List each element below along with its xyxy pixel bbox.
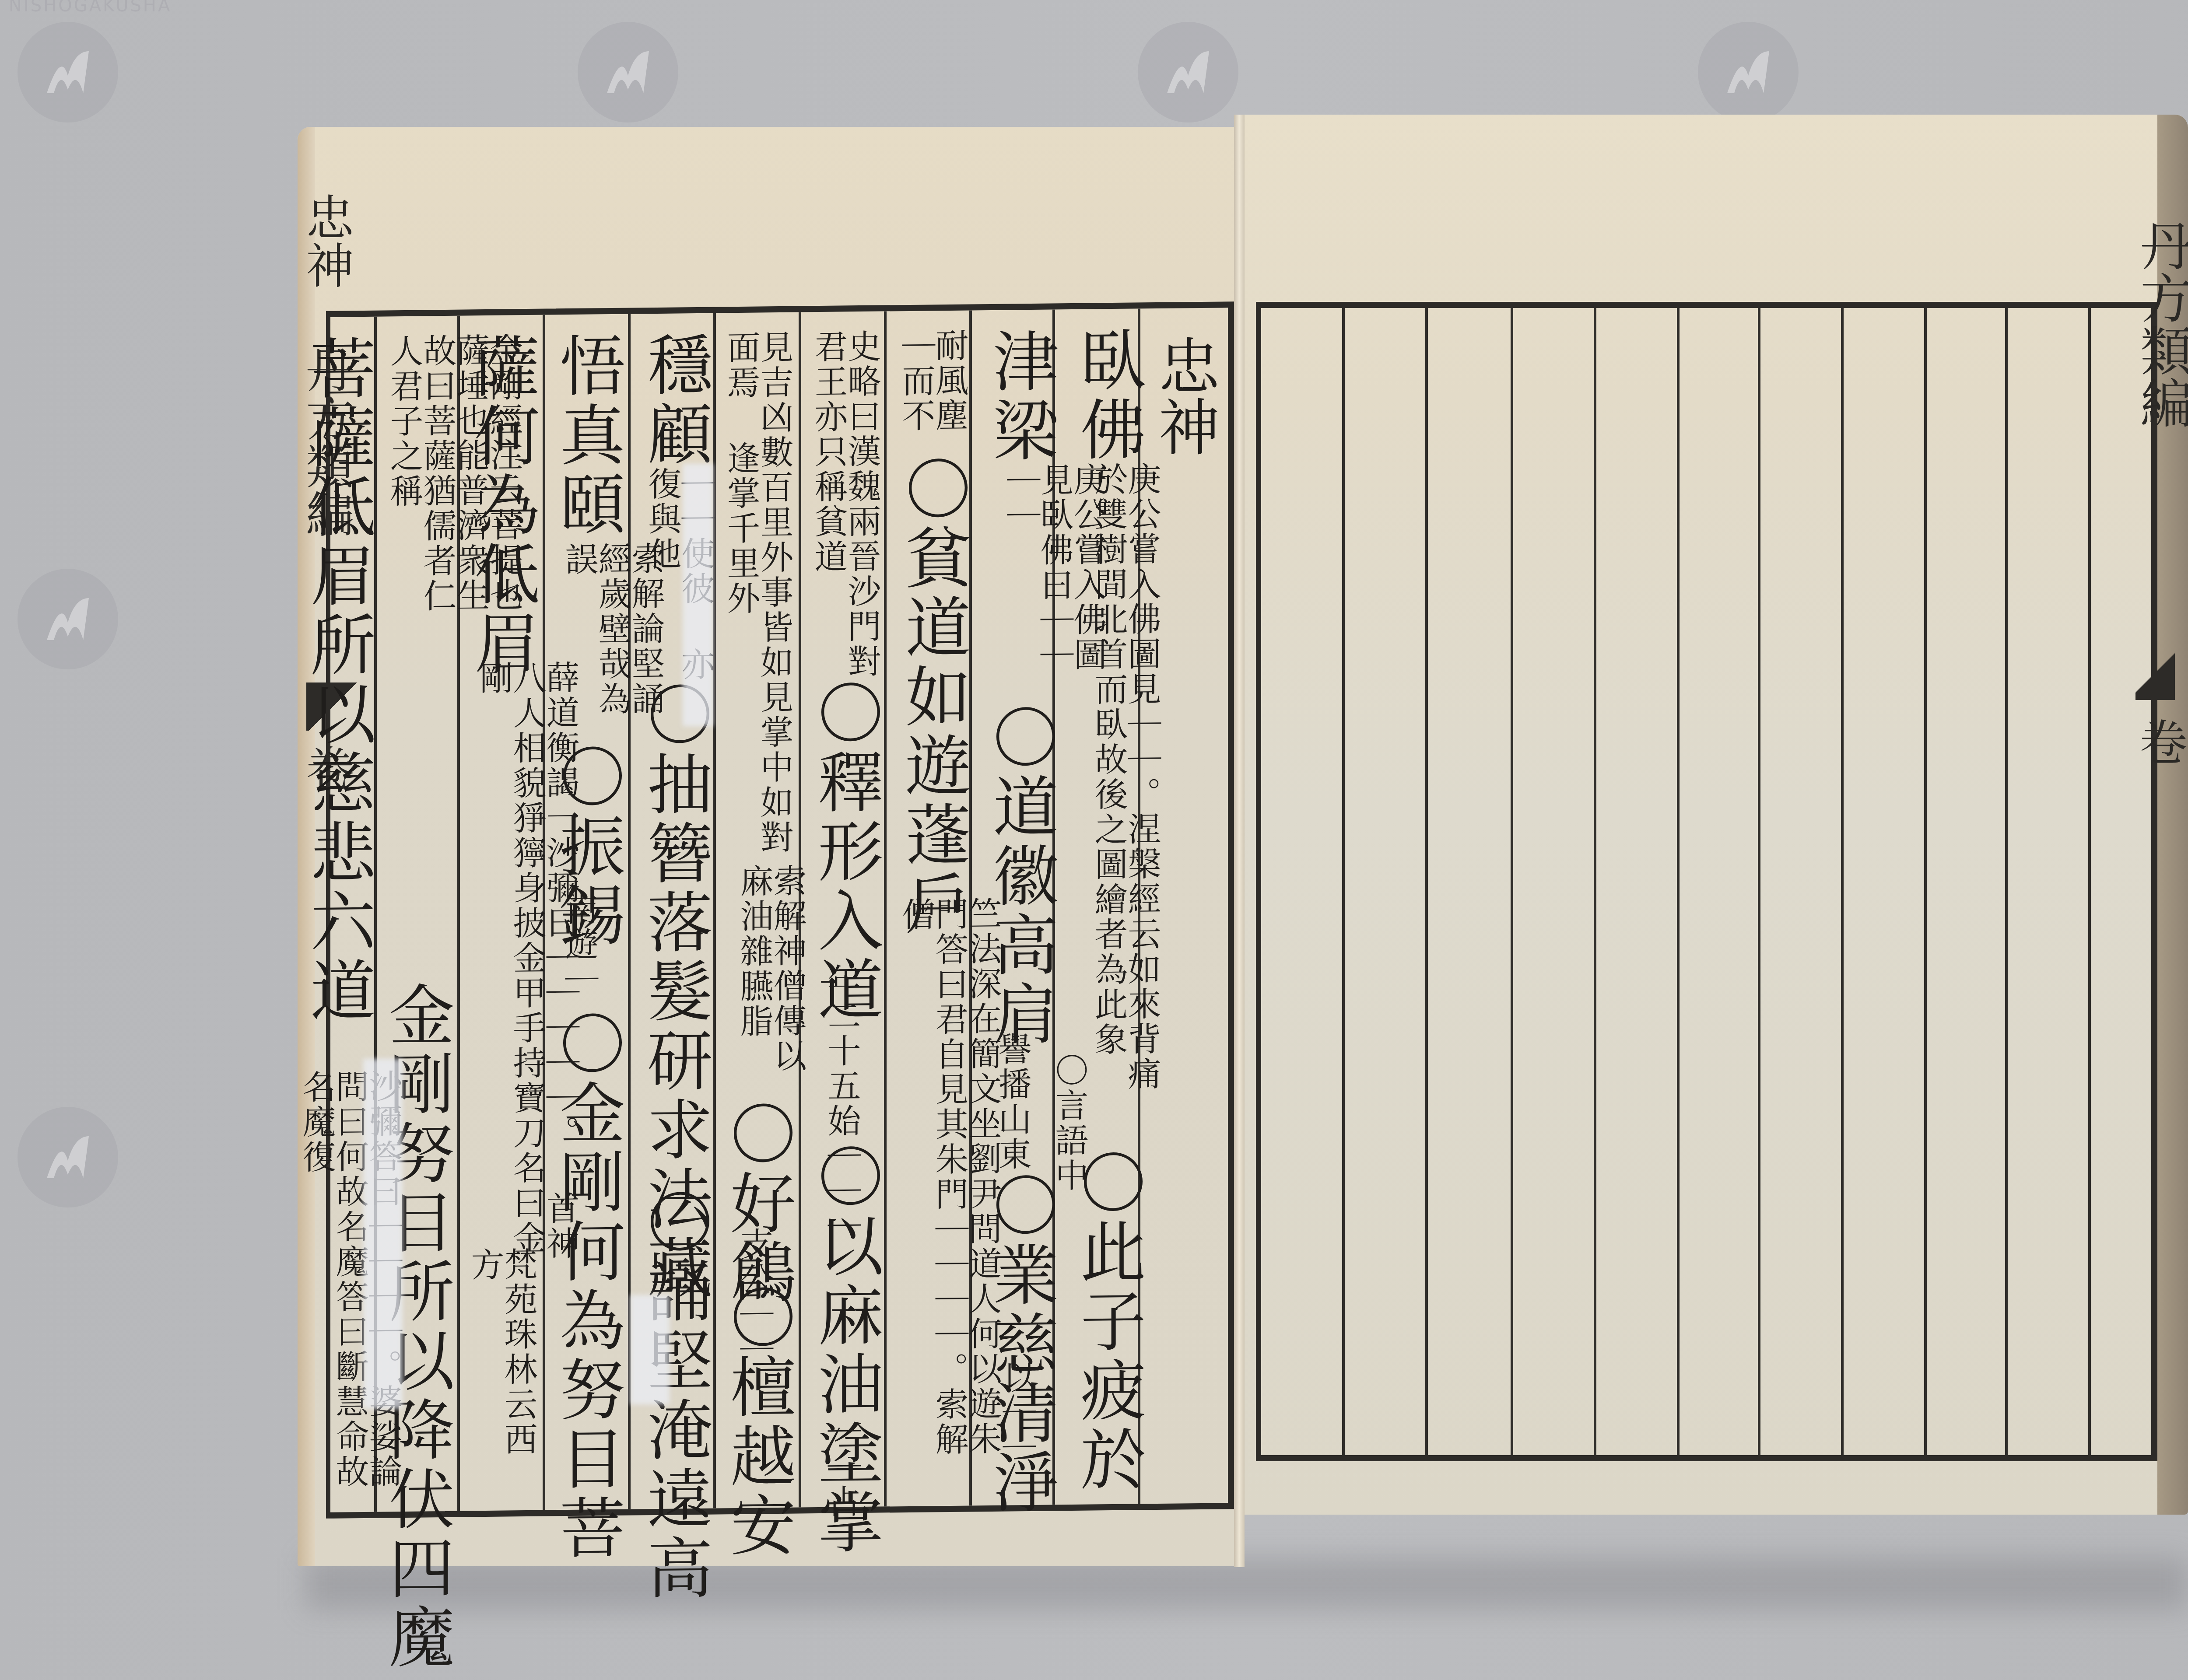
left-text-frame: 忠神 臥佛 庚公嘗入佛圖見｜｜。涅槃經云如來背痛於雙樹間北首而臥故後之圖繪者為此…: [326, 301, 1234, 1519]
right-text-frame: [1256, 302, 2157, 1461]
nishogakusha-logo-icon: [33, 1122, 103, 1192]
entry-heading: 菩薩低眉所以慈悲六道: [304, 334, 370, 1026]
entry-heading: 悟真頤: [554, 332, 619, 540]
entry-annotation: 史略曰漢魏兩晉沙門對君王亦只稱貧道: [812, 329, 878, 680]
entry-heading: 津梁: [987, 327, 1052, 466]
nishogakusha-logo-icon: [593, 37, 663, 107]
entry-annotation: 金剛經注云菩提也薩埵也能普濟衆生故曰菩薩猶儒者仁人君子之稱: [387, 332, 520, 640]
entry-heading: 〇貧道如遊蓬戶: [899, 455, 965, 940]
watermark: [18, 1107, 118, 1207]
watermark: NISHOGAKUSHA: [18, 22, 118, 122]
column-rule: [1594, 308, 1596, 1455]
fishtail-mark-icon: [2135, 647, 2175, 700]
book-gutter: [1234, 115, 1245, 1567]
nishogakusha-logo-icon: [33, 584, 103, 654]
watermark: [578, 22, 678, 122]
column-rule: [2088, 308, 2091, 1455]
entry-annotation: 梵苑珠林云西方: [468, 1247, 535, 1466]
entry-annotation: 庚公嘗入佛圖見臥佛曰｜｜｜｜: [1004, 462, 1104, 682]
entry-annotation: 薛道衡謁一沙彌曰｜｜｜｜｜。 首神八人相貌猙獰身披金甲手持寶刀名曰金剛: [477, 660, 577, 1274]
nishogakusha-logo-icon: [1713, 37, 1783, 107]
column-rule: [1511, 308, 1513, 1455]
watermark: [18, 569, 118, 669]
paper-repair-patch: [630, 1295, 670, 1404]
column-rule: [1425, 308, 1428, 1455]
entry-annotation: 以｜｜: [1000, 1360, 1033, 1465]
entry-heading: 臥佛: [1074, 326, 1140, 465]
watermark: [1698, 22, 1799, 122]
column-rule: [1758, 308, 1760, 1455]
column-rule: [1841, 308, 1844, 1455]
paper-repair-patch: [683, 464, 713, 726]
entry-heading: 〇此子疲於: [1074, 1148, 1140, 1495]
column-rule: [1924, 308, 1927, 1455]
column-rule: [2005, 308, 2008, 1455]
entry-heading: 〇檀越安: [724, 1284, 790, 1561]
entry-annotation: ｜｜占: [825, 1414, 858, 1519]
entry-annotation: 耐風塵 ｜而不: [899, 328, 966, 460]
watermark: [1138, 22, 1238, 122]
right-margin-title: 丹方類編: [2135, 219, 2188, 429]
nishogakusha-logo-icon: [33, 37, 103, 107]
entry-annotation: 見吉凶數百里外事皆如見掌中如對面焉 逢掌千里外: [724, 330, 791, 856]
paper-repair-patch: [363, 1059, 403, 1409]
watermark-label: NISHOGAKUSHA: [9, 0, 172, 16]
column-rule: [884, 311, 887, 1506]
entry-heading: 穩顧: [641, 331, 707, 470]
nishogakusha-logo-icon: [1153, 37, 1223, 107]
right-margin-volume: 卷: [2135, 717, 2184, 766]
section-header: 忠神: [1153, 334, 1214, 457]
entry-annotation: 索解神僧傳以麻油雜臙脂: [737, 863, 804, 1100]
column-rule: [1342, 308, 1345, 1455]
entry-annotation: 竺法深在簡文坐劉尹問道人何以遊朱門答曰君自見其朱門｜｜｜｜。索解僧: [899, 896, 999, 1466]
column-rule: [1677, 308, 1680, 1455]
